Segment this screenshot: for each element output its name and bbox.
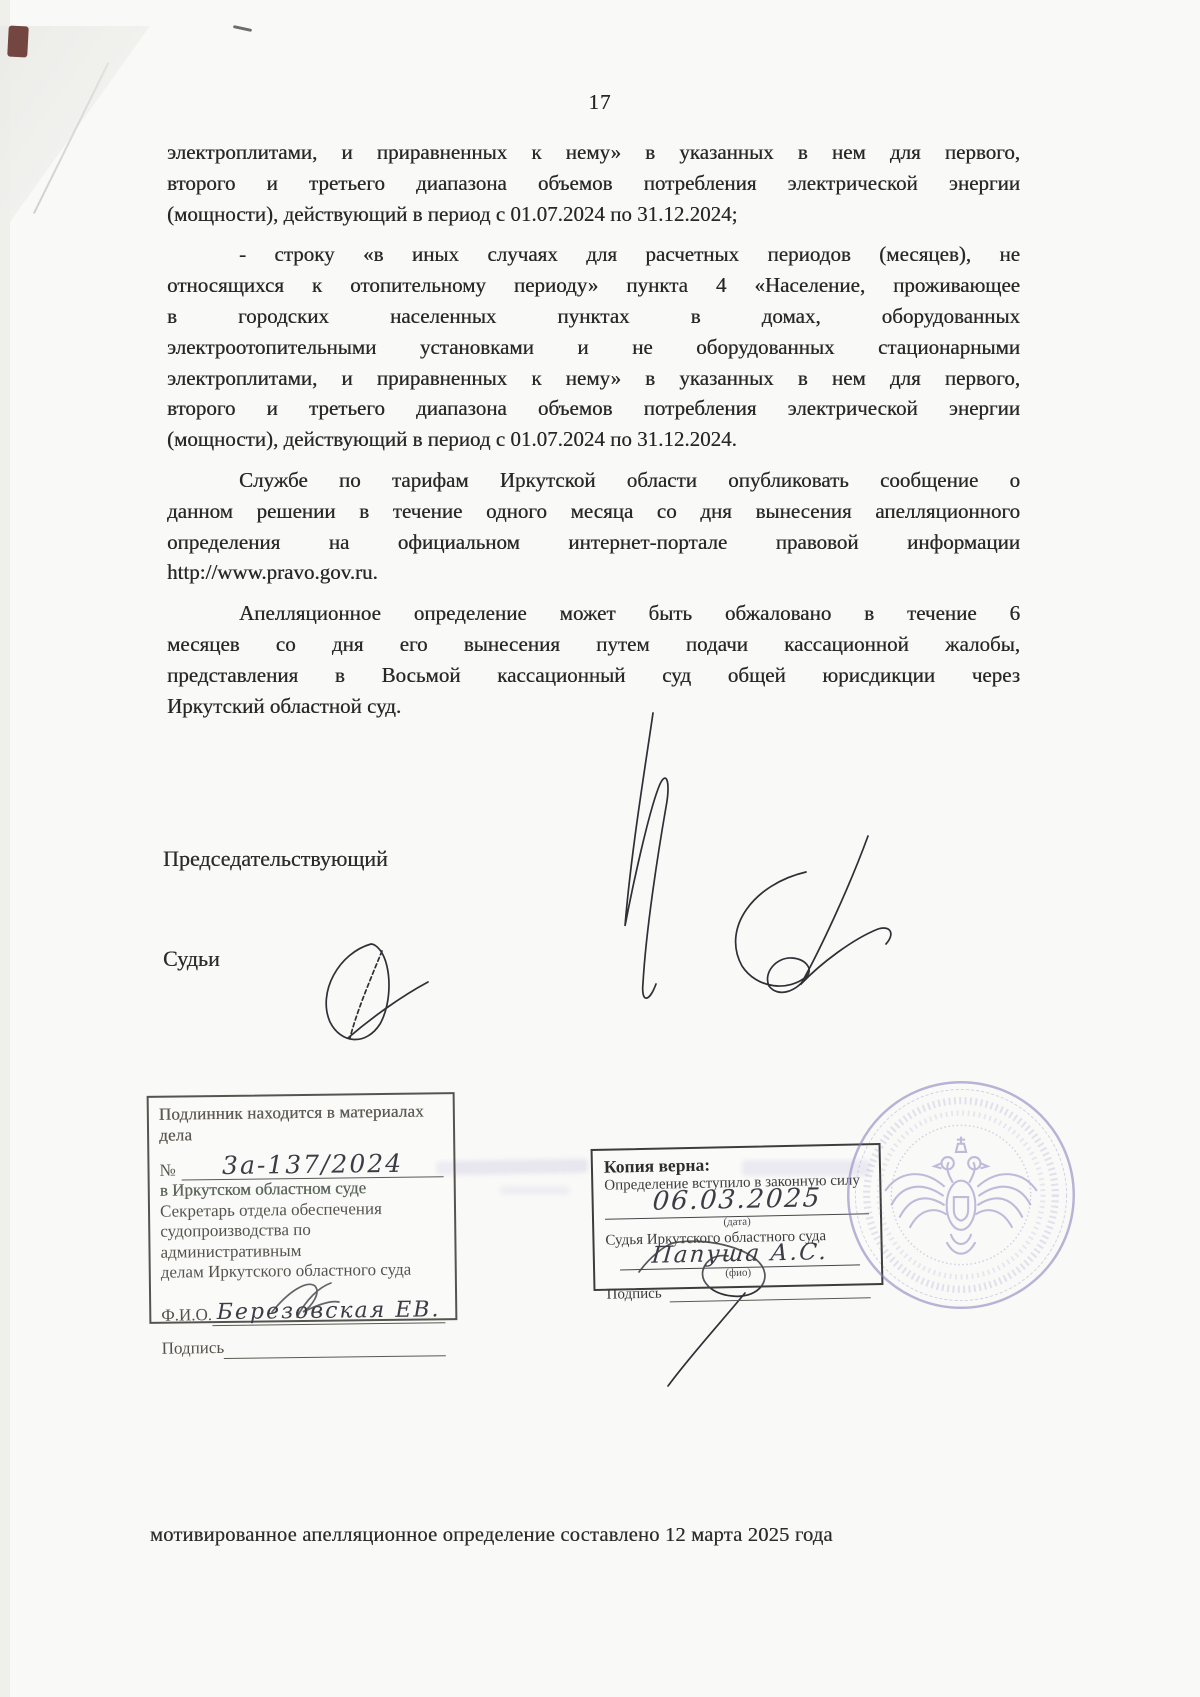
body-line: относящихся к отопительному периоду» пун…: [167, 270, 1020, 301]
presiding-judge-label: Председательствующий: [163, 846, 388, 872]
scan-edge-artifact: [0, 0, 10, 1697]
signature-underline: [670, 1297, 871, 1302]
body-line: Апелляционное определение может быть обж…: [167, 598, 1020, 629]
body-line: http://www.pravo.gov.ru.: [167, 557, 1020, 588]
judge-name-handwritten: Папуша А.С.: [651, 1242, 829, 1266]
judge-signature-right: [736, 872, 810, 992]
scanned-court-document-page: 17 электроплитами, и приравненных к нему…: [0, 0, 1200, 1697]
case-number-underline: 3а-137/2024: [182, 1150, 444, 1181]
body-line: (мощности), действующий в период с 01.07…: [167, 199, 1020, 230]
fio-underline: Березовская ЕВ.: [212, 1298, 446, 1325]
body-line: электроплитами, и приравненных к нему» в…: [167, 363, 1020, 394]
body-line: второго и третьего диапазона объемов пот…: [167, 393, 1020, 424]
case-number-row: № 3а-137/2024: [159, 1144, 443, 1180]
footer-note: мотивированное апелляционное определение…: [150, 1524, 950, 1547]
fio-row: Ф.И.О. Березовская ЕВ.: [161, 1289, 445, 1326]
case-number-handwritten: 3а-137/2024: [222, 1148, 403, 1179]
stamp-ghost-smudge: [436, 1159, 588, 1176]
stamp-line: делам Иркутского областного суда: [161, 1259, 445, 1283]
body-line: представления в Восьмой кассационный суд…: [167, 660, 1020, 691]
signature-label: Подпись: [162, 1338, 225, 1359]
original-in-case-stamp: Подлинник находится в материалах дела № …: [147, 1092, 458, 1324]
judges-label: Судьи: [163, 946, 220, 972]
body-line: Службе по тарифам Иркутской области опуб…: [167, 465, 1020, 496]
copy-stamp-signature: [668, 1293, 745, 1386]
paragraph: Службе по тарифам Иркутской области опуб…: [167, 465, 1020, 588]
judges-signature-left: [326, 944, 389, 1040]
red-corner-mark: [7, 25, 29, 57]
body-line: второго и третьего диапазона объемов пот…: [167, 168, 1020, 199]
signature-row: Подпись: [161, 1326, 445, 1359]
body-line: данном решении в течение одного месяца с…: [167, 496, 1020, 527]
body-line: месяцев со дня его вынесения путем подач…: [167, 629, 1020, 660]
copy-correct-stamp: Копия верна: Определение вступило в зако…: [591, 1143, 884, 1291]
seal-inner-ring: [891, 1125, 1030, 1264]
judge-signature-right: [801, 836, 868, 984]
date-handwritten: 06.03.2025: [651, 1186, 822, 1214]
paragraph: - строку «в иных случаях для расчетных п…: [167, 239, 1020, 455]
body-line: определения на официальном интернет-порт…: [167, 527, 1020, 558]
body-text: электроплитами, и приравненных к нему» в…: [167, 137, 1020, 731]
body-line: (мощности), действующий в период с 01.07…: [167, 424, 1020, 455]
judge-signature-right: [801, 928, 891, 984]
seal-outer-ring-inner: [855, 1089, 1066, 1300]
scan-top-dash: [233, 25, 252, 32]
judges-signature-left: [348, 982, 428, 1038]
signature-label: Подпись: [606, 1285, 669, 1303]
stamp-ghost-smudge: [500, 1186, 570, 1195]
paragraph: Апелляционное определение может быть обж…: [167, 598, 1020, 721]
body-line: электроплитами, и приравненных к нему» в…: [167, 137, 1020, 168]
body-line: электроотопительными установками и не об…: [167, 332, 1020, 363]
number-sign-label: №: [159, 1160, 181, 1181]
double-eagle-icon: [885, 1137, 1037, 1254]
stamp-line: Подлинник находится в материалах дела: [159, 1101, 443, 1145]
fio-label: Ф.И.О.: [161, 1305, 212, 1326]
fio-handwritten: Березовская ЕВ.: [217, 1297, 441, 1325]
signature-row: Подпись: [606, 1279, 870, 1304]
page-number: 17: [560, 90, 640, 115]
stamp-line: судопроизводства по административным: [160, 1218, 444, 1262]
seal-ring-text: [867, 1101, 1056, 1290]
body-line: - строку «в иных случаях для расчетных п…: [167, 239, 1020, 270]
body-line: в городских населенных пунктах в домах, …: [167, 301, 1020, 332]
signature-underline: [224, 1355, 446, 1359]
presiding-signature: [625, 713, 668, 998]
paragraph: электроплитами, и приравненных к нему» в…: [167, 137, 1020, 229]
seal-ring-text: [879, 1113, 1043, 1277]
judges-signature-left: [350, 951, 382, 1038]
body-line: Иркутский областной суд.: [167, 691, 1020, 722]
